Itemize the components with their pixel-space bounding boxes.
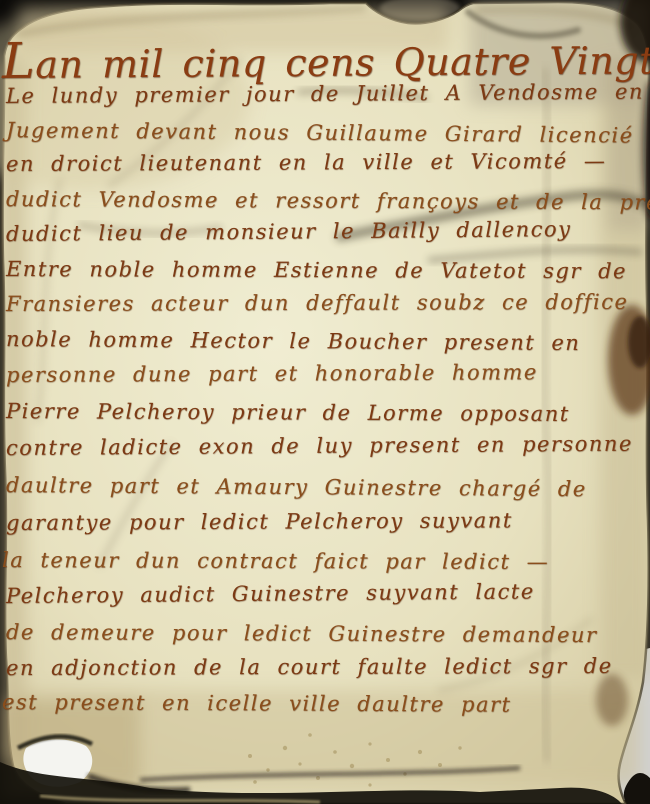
manuscript-line-8: Fransieres acteur dun deffault soubz ce … (6, 290, 628, 316)
manuscript-line-17: de demeure pour ledict Guinestre demande… (6, 620, 598, 647)
manuscript-line-4: en droict lieutenant en la ville et Vico… (6, 149, 606, 176)
manuscript-line-19: est present en icelle ville daultre part (2, 690, 512, 717)
manuscript-line-13: daultre part et Amaury Guinestre chargé … (6, 473, 587, 501)
manuscript-line-10: personne dune part et honorable homme (6, 360, 538, 387)
manuscript-line-3: Jugement devant nous Guillaume Girard li… (6, 118, 634, 147)
manuscript-line-14: garantye pour ledict Pelcheroy suyvant (6, 508, 513, 535)
manuscript-line-12: contre ladicte exon de luy present en pe… (6, 431, 650, 460)
manuscript-line-15: la teneur dun contract faict par ledict … (2, 548, 549, 574)
manuscript-photo: Lan mil cinq cens Quatre Vingtz Le lundy… (0, 0, 650, 804)
manuscript-line-2: Le lundy premier jour de Juillet A Vendo… (6, 79, 650, 108)
manuscript-line-16: Pelcheroy audict Guinestre suyvant lacte (6, 579, 535, 608)
manuscript-line-7: Entre noble homme Estienne de Vatetot sg… (6, 257, 627, 283)
manuscript-line-18: en adjonction de la court faulte ledict … (6, 654, 613, 680)
manuscript-line-6: dudict lieu de monsieur le Bailly dallen… (6, 217, 572, 246)
manuscript-line-5: dudict Vendosme et ressort françoys et d… (6, 187, 650, 215)
manuscript-line-9: noble homme Hector le Boucher present en (6, 327, 581, 355)
manuscript-text: Lan mil cinq cens Quatre Vingtz Le lundy… (0, 0, 650, 804)
manuscript-line-11: Pierre Pelcheroy prieur de Lorme opposan… (6, 399, 570, 426)
